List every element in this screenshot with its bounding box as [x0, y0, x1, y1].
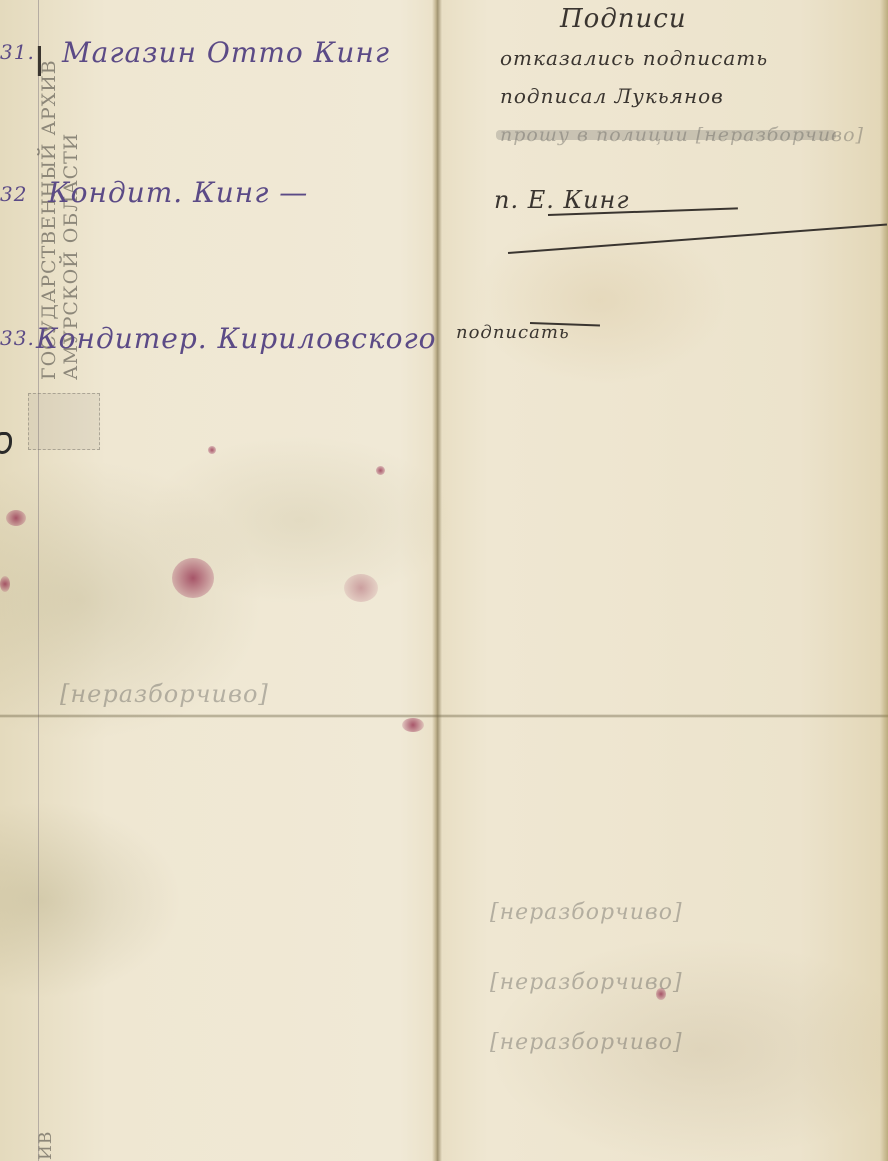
annotation-heading: Подписи — [560, 4, 687, 34]
entry-note: подписать — [456, 322, 570, 343]
vertical-fold-crease — [432, 0, 442, 1161]
entry-number: 33. — [0, 326, 35, 350]
archive-stamp-fragment: ИВ — [36, 1131, 56, 1160]
ink-stain — [344, 574, 378, 602]
entry-text: Кондит. Кинг — — [48, 176, 308, 209]
paper-edge — [880, 0, 888, 1161]
ink-stain — [172, 558, 214, 598]
faded-text-right-1: [неразборчиво] — [490, 900, 683, 925]
ink-stain — [402, 718, 424, 732]
erased-smudge — [496, 130, 836, 140]
stamp-seal-box — [28, 393, 100, 450]
annotation-line2: подписал Лукьянов — [500, 84, 724, 108]
paper-background — [0, 0, 888, 1161]
ink-stain — [6, 510, 26, 526]
horizontal-fold-crease — [0, 714, 888, 718]
entry-number: 31. — [0, 40, 35, 64]
ink-mark: | — [34, 42, 46, 77]
signature: п. Е. Кинг — [494, 186, 629, 214]
faded-text-right-2: [неразборчиво] — [490, 970, 683, 995]
entry-text: Магазин Отто Кинг — [62, 36, 390, 69]
ink-dot — [208, 446, 216, 454]
annotation-line1: отказались подписать — [500, 46, 768, 70]
entry-number: 32 — [0, 182, 27, 206]
faded-text-left: [неразборчиво] — [60, 680, 269, 708]
ink-dot — [376, 466, 385, 475]
faded-text-right-3: [неразборчиво] — [490, 1030, 683, 1055]
ink-stain — [0, 576, 10, 592]
ink-dot — [656, 988, 666, 1000]
entry-text: Кондитер. Кириловского — [36, 322, 437, 355]
